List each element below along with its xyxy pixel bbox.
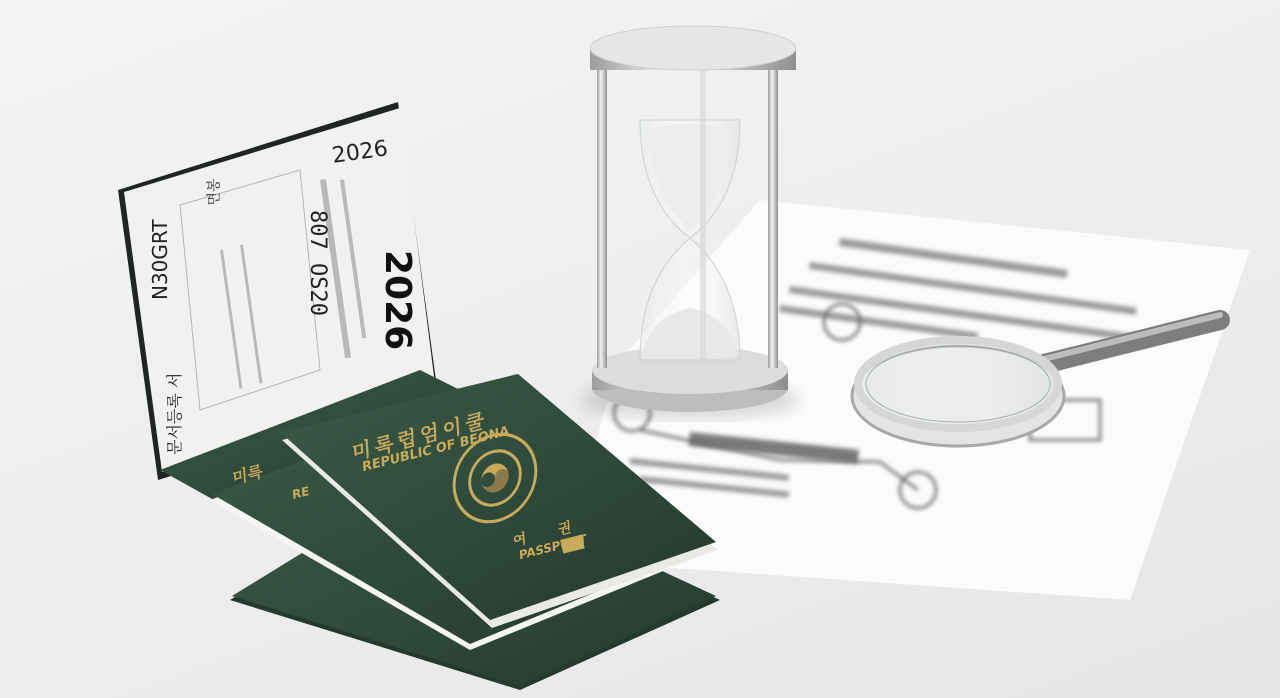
year-large: 2026	[377, 250, 418, 350]
open-passport-text: 2026 807 OS20 2026 N30GRT 면봉 문서등록 서	[0, 0, 1280, 698]
passport-number: 807 OS20	[305, 210, 330, 316]
year-small: 2026	[331, 136, 390, 169]
scene: 2026 807 OS20 2026 N30GRT 면봉 문서등록 서 미륵 R…	[0, 0, 1280, 698]
side-label: 문서등록 서	[162, 373, 185, 455]
korean-label: 면봉	[204, 178, 224, 205]
passport-code: N30GRT	[148, 219, 172, 300]
